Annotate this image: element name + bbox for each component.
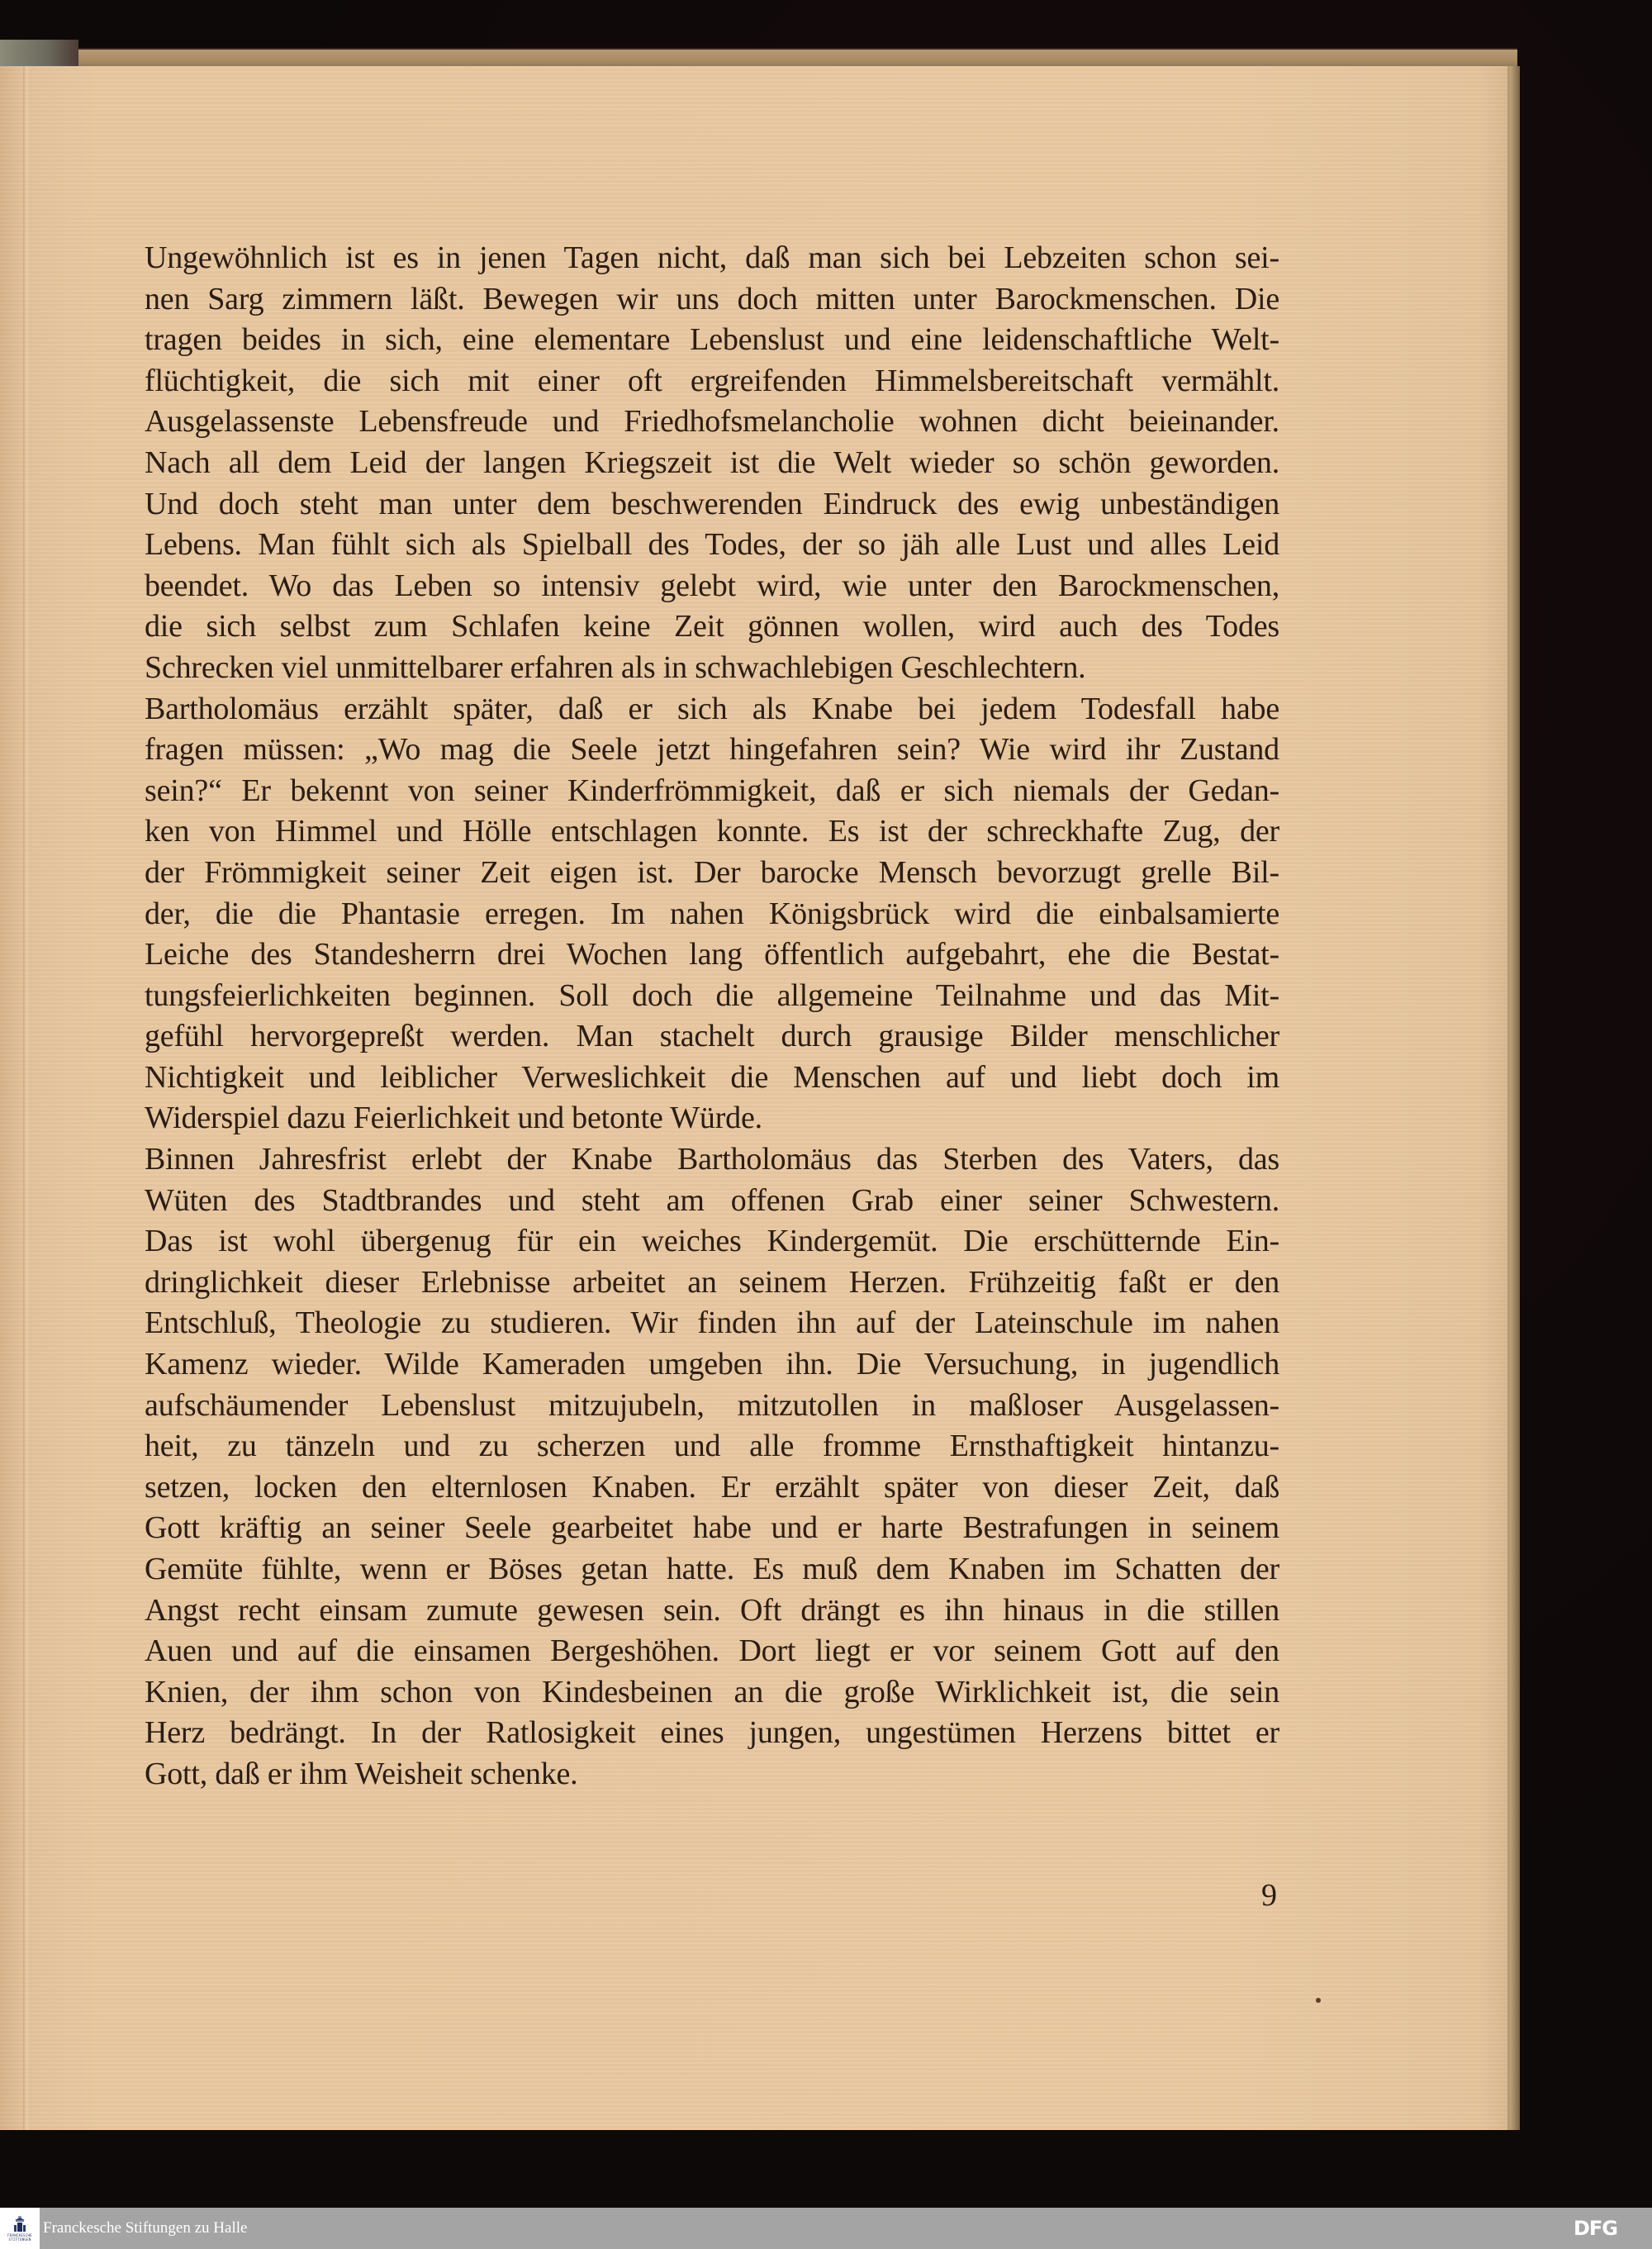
text-line: sein?“ Er bekennt von seiner Kinderfrömm…	[145, 771, 1279, 812]
text-line: ken von Himmel und Hölle entschlagen kon…	[145, 811, 1279, 853]
text-line: setzen, locken den elternlosen Knaben. E…	[145, 1467, 1279, 1509]
text-line: dringlichkeit dieser Erlebnisse arbeitet…	[145, 1262, 1279, 1304]
text-line: Knien, der ihm schon von Kindesbeinen an…	[145, 1672, 1279, 1714]
text-line: Auen und auf die einsamen Bergeshöhen. D…	[145, 1631, 1279, 1672]
text-line: flüchtigkeit, die sich mit einer oft erg…	[145, 361, 1279, 402]
page-fold	[23, 66, 30, 2130]
paper-speck	[1316, 1998, 1321, 2003]
text-line: Nach all dem Leid der langen Kriegszeit …	[145, 443, 1279, 484]
footer-institution-title[interactable]: Franckesche Stiftungen zu Halle	[43, 2208, 247, 2249]
logo-text-line2: STIFTUNGEN	[8, 2237, 31, 2242]
text-line: Herz bedrängt. In der Ratlosigkeit eines…	[145, 1713, 1279, 1754]
text-line: beendet. Wo das Leben so intensiv gelebt…	[145, 566, 1279, 607]
text-line: Nichtigkeit und leiblicher Verweslichkei…	[145, 1058, 1279, 1099]
text-line: Wüten des Stadtbrandes und steht am offe…	[145, 1181, 1279, 1222]
text-line: die sich selbst zum Schlafen keine Zeit …	[145, 606, 1279, 648]
text-line: Lebens. Man fühlt sich als Spielball des…	[145, 525, 1279, 566]
text-line: Das ist wohl übergenug für ein weiches K…	[145, 1221, 1279, 1262]
dfg-logo[interactable]: DFG	[1574, 2217, 1617, 2240]
franckesche-stiftungen-logo-icon[interactable]: FRANCKESCHE STIFTUNGEN	[0, 2208, 40, 2249]
text-line: der, die die Phantasie erregen. Im nahen…	[145, 894, 1279, 935]
text-line: Ungewöhnlich ist es in jenen Tagen nicht…	[145, 238, 1279, 279]
text-line: Widerspiel dazu Feierlichkeit und betont…	[145, 1098, 1279, 1139]
binding-scrap	[0, 40, 78, 66]
page-right-edge	[1510, 66, 1520, 2130]
text-line: Bartholomäus erzählt später, daß er sich…	[145, 689, 1279, 730]
text-line: Angst recht einsam zumute gewesen sein. …	[145, 1590, 1279, 1632]
footer-bar: FRANCKESCHE STIFTUNGEN Franckesche Stift…	[0, 2208, 1652, 2249]
text-line: Entschluß, Theologie zu studieren. Wir f…	[145, 1303, 1279, 1344]
text-line: Ausgelassenste Lebensfreude und Friedhof…	[145, 402, 1279, 443]
text-line: fragen müssen: „Wo mag die Seele jetzt h…	[145, 730, 1279, 771]
text-line: gefühl hervorgepreßt werden. Man stachel…	[145, 1016, 1279, 1058]
page-number: 9	[1261, 1877, 1277, 1914]
text-line: Gott kräftig an seiner Seele gearbeitet …	[145, 1508, 1279, 1549]
text-line: Schrecken viel unmittelbarer erfahren al…	[145, 648, 1279, 689]
book-top-edge	[78, 48, 1517, 68]
text-line: heit, zu tänzeln und zu scherzen und all…	[145, 1426, 1279, 1467]
text-line: tragen beides in sich, eine elementare L…	[145, 320, 1279, 361]
text-line: Kamenz wieder. Wilde Kameraden umgeben i…	[145, 1344, 1279, 1386]
body-text: Ungewöhnlich ist es in jenen Tagen nicht…	[145, 238, 1279, 1795]
building-icon	[12, 2215, 28, 2233]
text-line: Gemüte fühlte, wenn er Böses getan hatte…	[145, 1549, 1279, 1590]
text-line: aufschäumender Lebenslust mitzujubeln, m…	[145, 1386, 1279, 1427]
text-line: Leiche des Standesherrn drei Wochen lang…	[145, 934, 1279, 976]
text-line: Gott, daß er ihm Weisheit schenke.	[145, 1754, 1279, 1795]
text-line: nen Sarg zimmern läßt. Bewegen wir uns d…	[145, 279, 1279, 321]
text-line: der Frömmigkeit seiner Zeit eigen ist. D…	[145, 853, 1279, 894]
text-line: Binnen Jahresfrist erlebt der Knabe Bart…	[145, 1139, 1279, 1181]
text-line: tungsfeierlichkeiten beginnen. Soll doch…	[145, 976, 1279, 1017]
text-line: Und doch steht man unter dem beschwerend…	[145, 484, 1279, 525]
